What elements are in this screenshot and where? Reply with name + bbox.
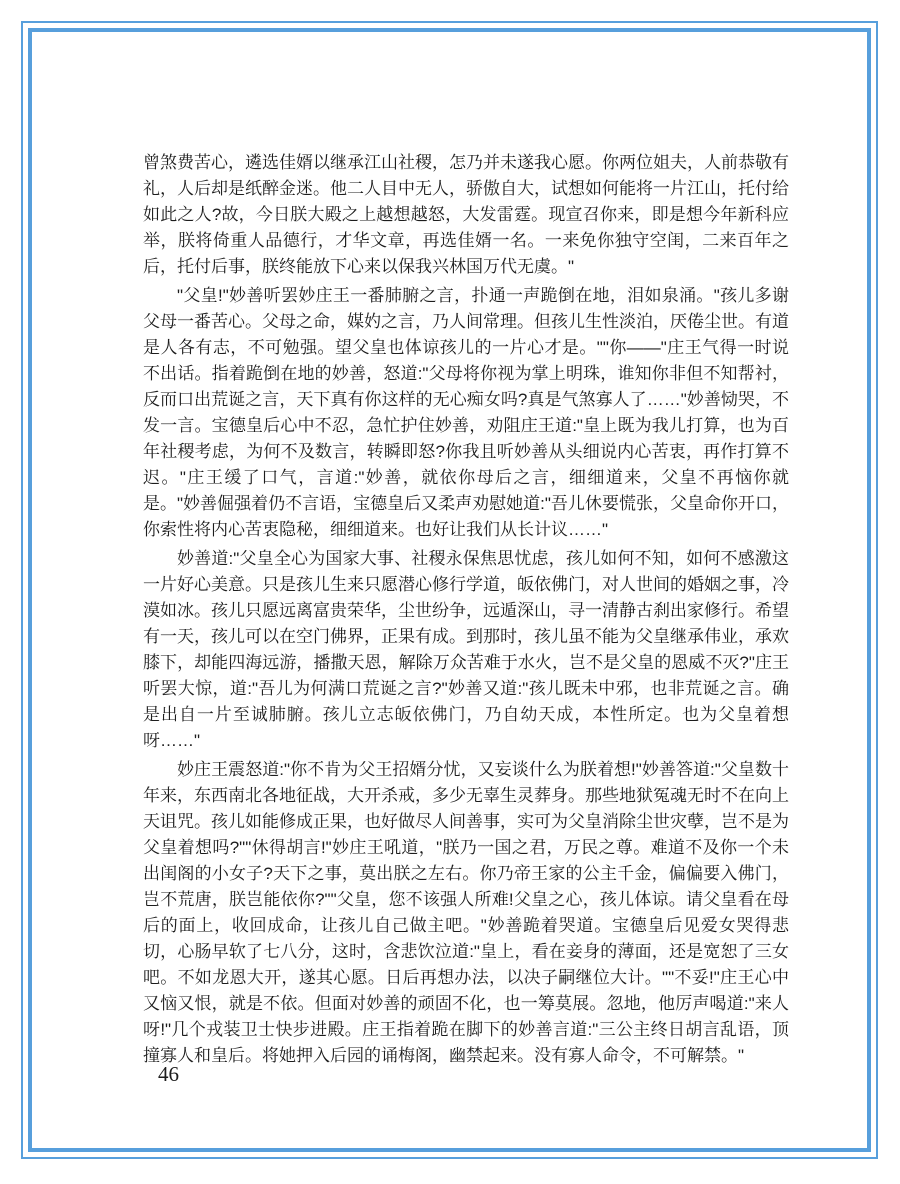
book-page: 曾煞费苦心，遴选佳婿以继承江山社稷，怎乃并未遂我心愿。你两位姐夫，人前恭敬有礼，… [0, 0, 900, 1184]
paragraph: 妙庄王震怒道:"你不肯为父王招婿分忧，又妄谈什么为朕着想!"妙善答道:"父皇数十… [143, 757, 789, 1069]
paragraph: 妙善道:"父皇全心为国家大事、社稷永保焦思忧虑，孩儿如何不知，如何不感激这一片好… [143, 546, 789, 754]
page-number: 46 [158, 1062, 179, 1087]
paragraph: 曾煞费苦心，遴选佳婿以继承江山社稷，怎乃并未遂我心愿。你两位姐夫，人前恭敬有礼，… [143, 150, 789, 280]
paragraph: "父皇!"妙善听罢妙庄王一番肺腑之言，扑通一声跪倒在地，泪如泉涌。"孩儿多谢父母… [143, 283, 789, 543]
body-text: 曾煞费苦心，遴选佳婿以继承江山社稷，怎乃并未遂我心愿。你两位姐夫，人前恭敬有礼，… [143, 150, 789, 1072]
